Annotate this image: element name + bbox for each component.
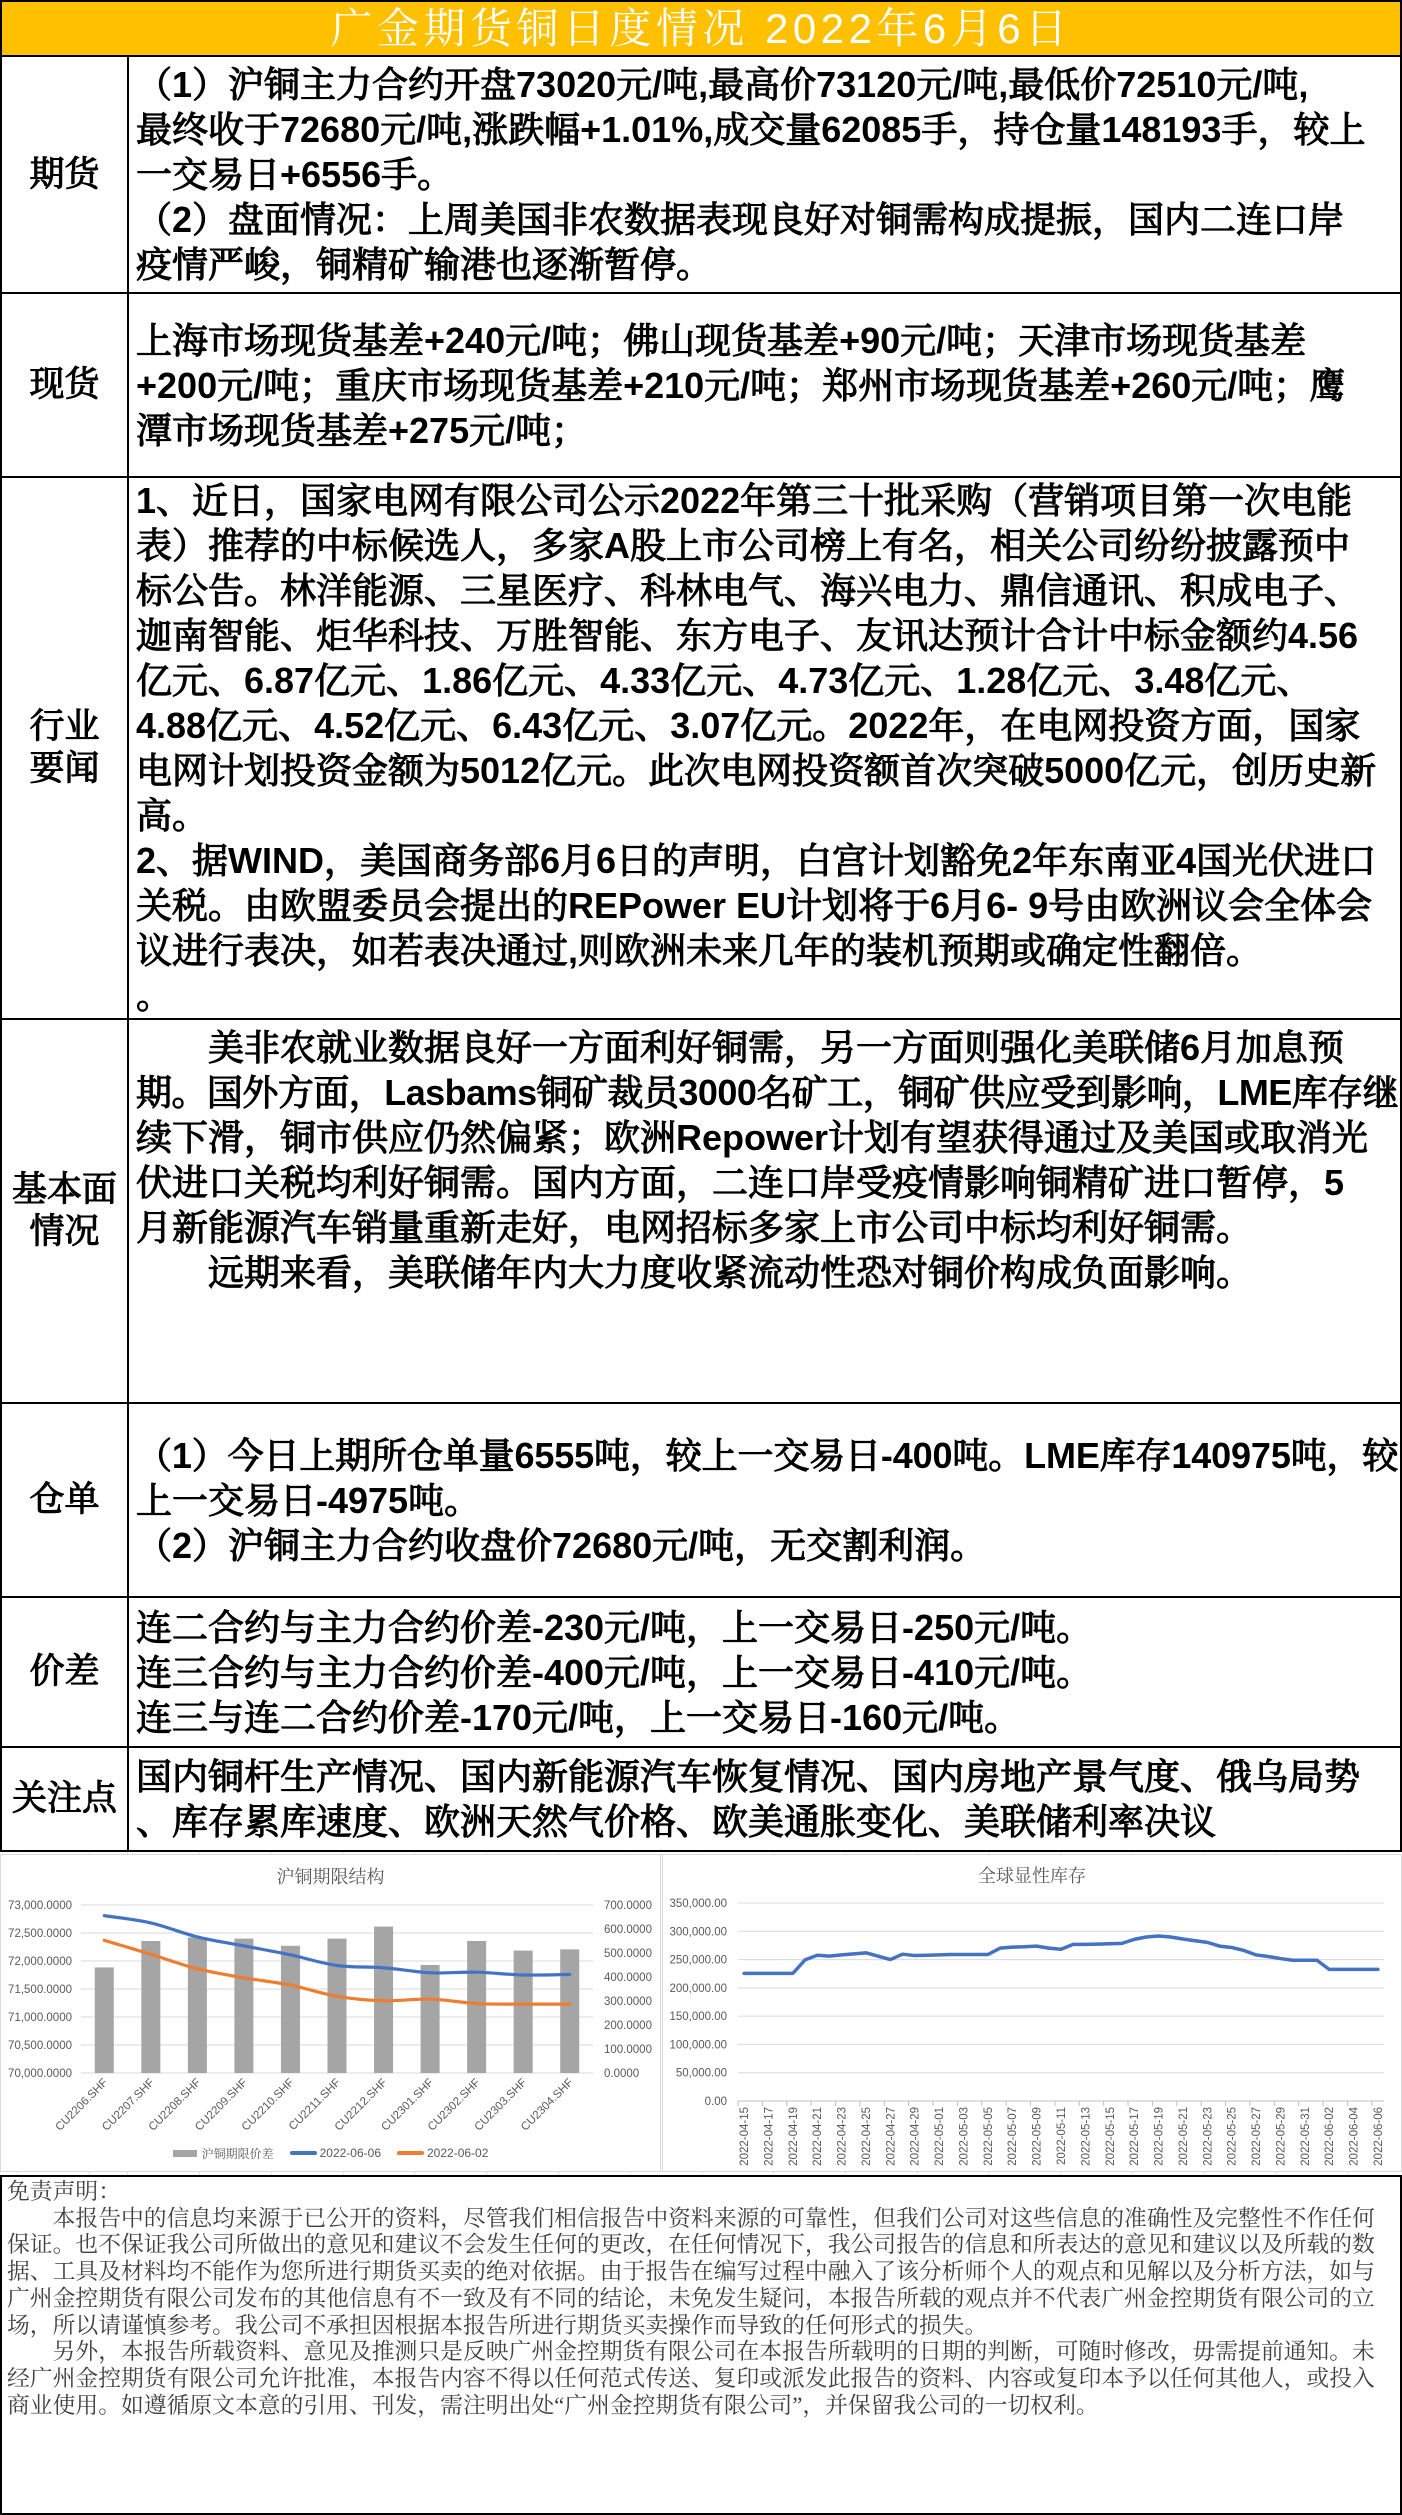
content-line: 连三合约与主力合约价差-400元/吨，上一交易日-410元/吨。 xyxy=(136,1650,1400,1695)
y-axis-tick-label: 250,000.00 xyxy=(669,1955,727,1967)
content-line: 一交易日+6556手。 xyxy=(136,152,1400,197)
x-axis-tick-label: 2022-05-23 xyxy=(1202,2107,1214,2166)
disclaimer-line: 商业使用。如遵循原文本意的引用、刊发，需注明出处“广州金控期货有限公司”，并保留… xyxy=(7,2393,1400,2420)
disclaimer-line: 另外，本报告所载资料、意见及推测只是反映广州金控期货有限公司在本报告所载明的日期… xyxy=(7,2339,1400,2366)
y-axis-tick-label: 0.00 xyxy=(705,2096,727,2108)
x-axis-tick-label: 2022-05-07 xyxy=(1007,2107,1019,2166)
x-axis-tick-label: 2022-05-09 xyxy=(1032,2107,1044,2166)
section-content: 美非农就业数据良好一方面利好铜需，另一方面则强化美联储6月加息预 期。国外方面，… xyxy=(129,1020,1400,1402)
section-content: 国内铜杆生产情况、国内新能源汽车恢复情况、国内房地产景气度、俄乌局势 、库存累库… xyxy=(129,1748,1400,1850)
x-axis-tick-label: 2022-05-05 xyxy=(983,2107,995,2166)
x-axis-tick-label: 2022-06-04 xyxy=(1349,2106,1361,2165)
content-line: 议进行表决，如若表决通过,则欧洲未来几年的装机预期或确定性翻倍。 xyxy=(136,928,1400,973)
series-line xyxy=(744,1936,1378,1973)
section-label: 期货 xyxy=(29,154,99,196)
content-line: 2、据WIND，美国商务部6月6日的声明，白宫计划豁免2年东南亚4国光伏进口 xyxy=(136,838,1400,883)
section-label-cell: 关注点 xyxy=(2,1748,129,1850)
content-line: 高。 xyxy=(136,793,1400,838)
content-line: （1）沪铜主力合约开盘73020元/吨,最高价73120元/吨,最低价72510… xyxy=(136,62,1400,107)
disclaimer-line: 经广州金控期货有限公司允许批准，本报告内容不得以任何范式传送、复印或派发此报告的… xyxy=(7,2366,1400,2393)
section-label-cell: 行业 要闻 xyxy=(2,478,129,1018)
x-axis-tick-label: 2022-04-25 xyxy=(861,2107,873,2166)
content-line: 美非农就业数据良好一方面利好铜需，另一方面则强化美联储6月加息预 xyxy=(136,1025,1400,1070)
content-line: 续下滑，铜市供应仍然偏紧；欧洲Repower计划有望获得通过及美国或取消光 xyxy=(136,1115,1400,1160)
legend-label: 2022-06-02 xyxy=(427,2146,488,2160)
section-content: 上海市场现货基差+240元/吨；佛山现货基差+90元/吨；天津市场现货基差 +2… xyxy=(129,294,1400,476)
y-axis-left-tick-label: 72,500.0000 xyxy=(8,1928,72,1940)
x-axis-tick-label: 2022-04-21 xyxy=(812,2107,824,2166)
y-axis-left-tick-label: 73,000.0000 xyxy=(8,1900,72,1912)
bar xyxy=(514,1951,533,2073)
content-line: 期。国外方面，Lasbams铜矿裁员3000名矿工，铜矿供应受到影响，LME库存… xyxy=(136,1070,1400,1115)
content-line: 。 xyxy=(136,973,1400,1018)
content-line: 连二合约与主力合约价差-230元/吨，上一交易日-250元/吨。 xyxy=(136,1605,1400,1650)
section-content: （1）沪铜主力合约开盘73020元/吨,最高价73120元/吨,最低价72510… xyxy=(129,57,1400,292)
x-axis-tick-label: 2022-05-17 xyxy=(1129,2107,1141,2166)
section-futures: 期货 （1）沪铜主力合约开盘73020元/吨,最高价73120元/吨,最低价72… xyxy=(0,57,1402,294)
content-line: 伏进口关税均利好铜需。国内方面，二连口岸受疫情影响铜精矿进口暂停，5 xyxy=(136,1160,1400,1205)
section-industry-news: 行业 要闻 1、近日，国家电网有限公司公示2022年第三十批采购（营销项目第一次… xyxy=(0,478,1402,1020)
legend-bar-swatch-icon xyxy=(173,2150,197,2157)
section-label-cell: 价差 xyxy=(2,1598,129,1746)
y-axis-left-tick-label: 71,000.0000 xyxy=(8,2012,72,2024)
section-label-cell: 期货 xyxy=(2,57,129,292)
content-line: 电网计划投资金额为5012亿元。此次电网投资额首次突破5000亿元，创历史新 xyxy=(136,748,1400,793)
x-axis-tick-label: 2022-05-21 xyxy=(1178,2107,1190,2166)
x-axis-tick-label: 2022-04-23 xyxy=(837,2107,849,2166)
section-label-cell: 基本面 情况 xyxy=(2,1020,129,1402)
y-axis-left-tick-label: 71,500.0000 xyxy=(8,1984,72,1996)
x-axis-tick-label: 2022-05-27 xyxy=(1251,2107,1263,2166)
section-label: 行业 要闻 xyxy=(29,706,99,790)
content-line: +200元/吨；重庆市场现货基差+210元/吨；郑州市场现货基差+260元/吨；… xyxy=(136,363,1400,408)
x-axis-tick-label: 2022-05-19 xyxy=(1154,2107,1166,2166)
y-axis-left-tick-label: 72,000.0000 xyxy=(8,1956,72,1968)
bar xyxy=(421,1965,440,2073)
legend-item-spread: 沪铜期限价差 xyxy=(173,2145,274,2162)
section-label-cell: 现货 xyxy=(2,294,129,476)
disclaimer-title: 免责声明： xyxy=(7,2179,1400,2206)
legend-item-2022-06-06: 2022-06-06 xyxy=(290,2146,381,2160)
content-line: 远期来看，美联储年内大力度收紧流动性恐对铜价构成负面影响。 xyxy=(136,1250,1400,1295)
x-axis-tick-label: 2022-06-02 xyxy=(1324,2107,1336,2166)
section-spot: 现货 上海市场现货基差+240元/吨；佛山现货基差+90元/吨；天津市场现货基差… xyxy=(0,294,1402,478)
section-warehouse-receipts: 仓单 （1）今日上期所仓单量6555吨，较上一交易日-400吨。LME库存140… xyxy=(0,1404,1402,1598)
disclaimer-line: 场，所以请谨慎参考。我公司不承担因根据本报告所进行期货买卖操作而导致的任何形式的… xyxy=(7,2313,1400,2340)
section-label: 关注点 xyxy=(12,1778,117,1820)
legend-label: 2022-06-06 xyxy=(320,2146,381,2160)
x-axis-tick-label: 2022-05-13 xyxy=(1080,2107,1092,2166)
content-line: 连三与连二合约价差-170元/吨，上一交易日-160元/吨。 xyxy=(136,1695,1400,1740)
legend-label: 沪铜期限价差 xyxy=(202,2145,274,2162)
content-line: 国内铜杆生产情况、国内新能源汽车恢复情况、国内房地产景气度、俄乌局势 xyxy=(136,1754,1400,1799)
chart-legend: 沪铜期限价差 2022-06-06 2022-06-02 xyxy=(1,2144,660,2162)
y-axis-tick-label: 50,000.00 xyxy=(676,2068,727,2080)
content-line: 、库存累库速度、欧洲天然气价格、欧美通胀变化、美联储利率决议 xyxy=(136,1799,1400,1844)
section-label: 现货 xyxy=(29,364,99,406)
y-axis-tick-label: 350,000.00 xyxy=(669,1898,727,1910)
section-fundamentals: 基本面 情况 美非农就业数据良好一方面利好铜需，另一方面则强化美联储6月加息预 … xyxy=(0,1020,1402,1404)
content-line: 4.88亿元、4.52亿元、6.43亿元、3.07亿元。2022年，在电网投资方… xyxy=(136,703,1400,748)
section-content: （1）今日上期所仓单量6555吨，较上一交易日-400吨。LME库存140975… xyxy=(129,1404,1400,1596)
x-axis-tick-label: 2022-05-03 xyxy=(958,2107,970,2166)
section-label: 基本面 情况 xyxy=(12,1169,117,1253)
x-axis-tick-label: 2022-05-15 xyxy=(1105,2107,1117,2166)
y-axis-right-tick-label: 700.0000 xyxy=(604,1900,652,1912)
bar xyxy=(188,1937,207,2073)
section-spreads: 价差 连二合约与主力合约价差-230元/吨，上一交易日-250元/吨。 连三合约… xyxy=(0,1598,1402,1748)
content-line: 潭市场现货基差+275元/吨； xyxy=(136,408,1400,453)
x-axis-tick-label: 2022-04-27 xyxy=(885,2107,897,2166)
content-line: 最终收于72680元/吨,涨跌幅+1.01%,成交量62085手，持仓量1481… xyxy=(136,107,1400,152)
y-axis-right-tick-label: 600.0000 xyxy=(604,1924,652,1936)
content-line: （2）沪铜主力合约收盘价72680元/吨，无交割利润。 xyxy=(136,1523,1400,1568)
section-content: 连二合约与主力合约价差-230元/吨，上一交易日-250元/吨。 连三合约与主力… xyxy=(129,1598,1400,1746)
bar xyxy=(467,1941,486,2073)
bar xyxy=(95,1967,114,2073)
section-focus-points: 关注点 国内铜杆生产情况、国内新能源汽车恢复情况、国内房地产景气度、俄乌局势 、… xyxy=(0,1748,1402,1852)
y-axis-right-tick-label: 0.0000 xyxy=(604,2068,639,2080)
x-axis-tick-label: 2022-04-15 xyxy=(739,2107,751,2166)
bar xyxy=(560,1949,579,2073)
disclaimer-line: 广州金控期货有限公司发布的其他信息有不一致及有不同的结论，未免发生疑问，本报告所… xyxy=(7,2286,1400,2313)
content-line: （1）今日上期所仓单量6555吨，较上一交易日-400吨。LME库存140975… xyxy=(136,1433,1400,1478)
y-axis-tick-label: 150,000.00 xyxy=(669,2011,727,2023)
legend-item-2022-06-02: 2022-06-02 xyxy=(397,2146,488,2160)
content-line: 疫情严峻，铜精矿输港也逐渐暂停。 xyxy=(136,242,1400,287)
report-title: 广金期货铜日度情况 2022年6月6日 xyxy=(330,4,1071,54)
x-axis-tick-label: 2022-06-06 xyxy=(1373,2107,1385,2166)
x-axis-tick-label: 2022-05-25 xyxy=(1227,2107,1239,2166)
disclaimer-line: 本报告中的信息均来源于已公开的资料，尽管我们相信报告中资料来源的可靠性，但我们公… xyxy=(7,2206,1400,2233)
bar xyxy=(141,1941,160,2073)
chart-title: 全球显性库存 xyxy=(663,1864,1401,1888)
content-line: 月新能源汽车销量重新走好，电网招标多家上市公司中标均利好铜需。 xyxy=(136,1205,1400,1250)
x-axis-tick-label: 2022-05-01 xyxy=(934,2107,946,2166)
disclaimer: 免责声明： 本报告中的信息均来源于已公开的资料，尽管我们相信报告中资料来源的可靠… xyxy=(0,2175,1402,2515)
section-label: 价差 xyxy=(29,1651,99,1693)
bar xyxy=(234,1939,253,2073)
content-line: 表）推荐的中标候选人，多家A股上市公司榜上有名，相关公司纷纷披露预中 xyxy=(136,523,1400,568)
content-line: 上海市场现货基差+240元/吨；佛山现货基差+90元/吨；天津市场现货基差 xyxy=(136,318,1400,363)
content-line: 关税。由欧盟委员会提出的REPower EU计划将于6月6- 9号由欧洲议会全体… xyxy=(136,883,1400,928)
term-structure-plot: 70,000.000070,500.000071,000.000071,500.… xyxy=(0,1853,661,2173)
x-axis-tick-label: 2022-04-29 xyxy=(910,2107,922,2166)
y-axis-right-tick-label: 500.0000 xyxy=(604,1948,652,1960)
x-axis-tick-label: 2022-05-29 xyxy=(1275,2107,1287,2166)
y-axis-right-tick-label: 200.0000 xyxy=(604,2020,652,2032)
x-axis-tick-label: 2022-04-19 xyxy=(788,2107,800,2166)
content-line: 上一交易日-4975吨。 xyxy=(136,1478,1400,1523)
y-axis-tick-label: 300,000.00 xyxy=(669,1926,727,1938)
chart-title: 沪铜期限结构 xyxy=(1,1865,660,1889)
y-axis-right-tick-label: 400.0000 xyxy=(604,1972,652,1984)
bar xyxy=(328,1939,347,2073)
section-label-cell: 仓单 xyxy=(2,1404,129,1596)
y-axis-right-tick-label: 300.0000 xyxy=(604,1996,652,2008)
global-inventory-chart: 0.0050,000.00100,000.00150,000.00200,000… xyxy=(662,1854,1402,2172)
global-inventory-plot: 0.0050,000.00100,000.00150,000.00200,000… xyxy=(662,1853,1402,2173)
y-axis-left-tick-label: 70,000.0000 xyxy=(8,2068,72,2080)
y-axis-tick-label: 100,000.00 xyxy=(669,2039,727,2051)
term-structure-chart: 70,000.000070,500.000071,000.000071,500.… xyxy=(0,1854,661,2172)
content-line: 迦南智能、炬华科技、万胜智能、东方电子、友讯达预计合计中标金额约4.56 xyxy=(136,613,1400,658)
y-axis-left-tick-label: 70,500.0000 xyxy=(8,2040,72,2052)
content-line: 亿元、6.87亿元、1.86亿元、4.33亿元、4.73亿元、1.28亿元、3.… xyxy=(136,658,1400,703)
x-axis-tick-label: 2022-05-31 xyxy=(1300,2107,1312,2166)
section-label: 仓单 xyxy=(29,1479,99,1521)
disclaimer-line: 保证。也不保证我公司所做出的意见和建议不会发生任何的更改，在任何情况下，我公司报… xyxy=(7,2232,1400,2259)
legend-line-swatch-icon xyxy=(397,2151,424,2155)
y-axis-right-tick-label: 100.0000 xyxy=(604,2044,652,2056)
x-axis-tick-label: 2022-05-11 xyxy=(1056,2107,1068,2165)
content-line: 标公告。林洋能源、三星医疗、科林电气、海兴电力、鼎信通讯、积成电子、 xyxy=(136,568,1400,613)
content-line: 1、近日，国家电网有限公司公示2022年第三十批采购（营销项目第一次电能 xyxy=(136,478,1400,523)
section-content: 1、近日，国家电网有限公司公示2022年第三十批采购（营销项目第一次电能 表）推… xyxy=(129,478,1400,1018)
bar xyxy=(281,1946,300,2073)
report-header: 广金期货铜日度情况 2022年6月6日 xyxy=(0,0,1402,57)
y-axis-tick-label: 200,000.00 xyxy=(669,1983,727,1995)
x-axis-tick-label: 2022-04-17 xyxy=(763,2107,775,2166)
content-line: （2）盘面情况：上周美国非农数据表现良好对铜需构成提振，国内二连口岸 xyxy=(136,197,1400,242)
disclaimer-line: 据、工具及材料均不能作为您所进行期货买卖的绝对依据。由于报告在编写过程中融入了该… xyxy=(7,2259,1400,2286)
legend-line-swatch-icon xyxy=(290,2151,317,2155)
